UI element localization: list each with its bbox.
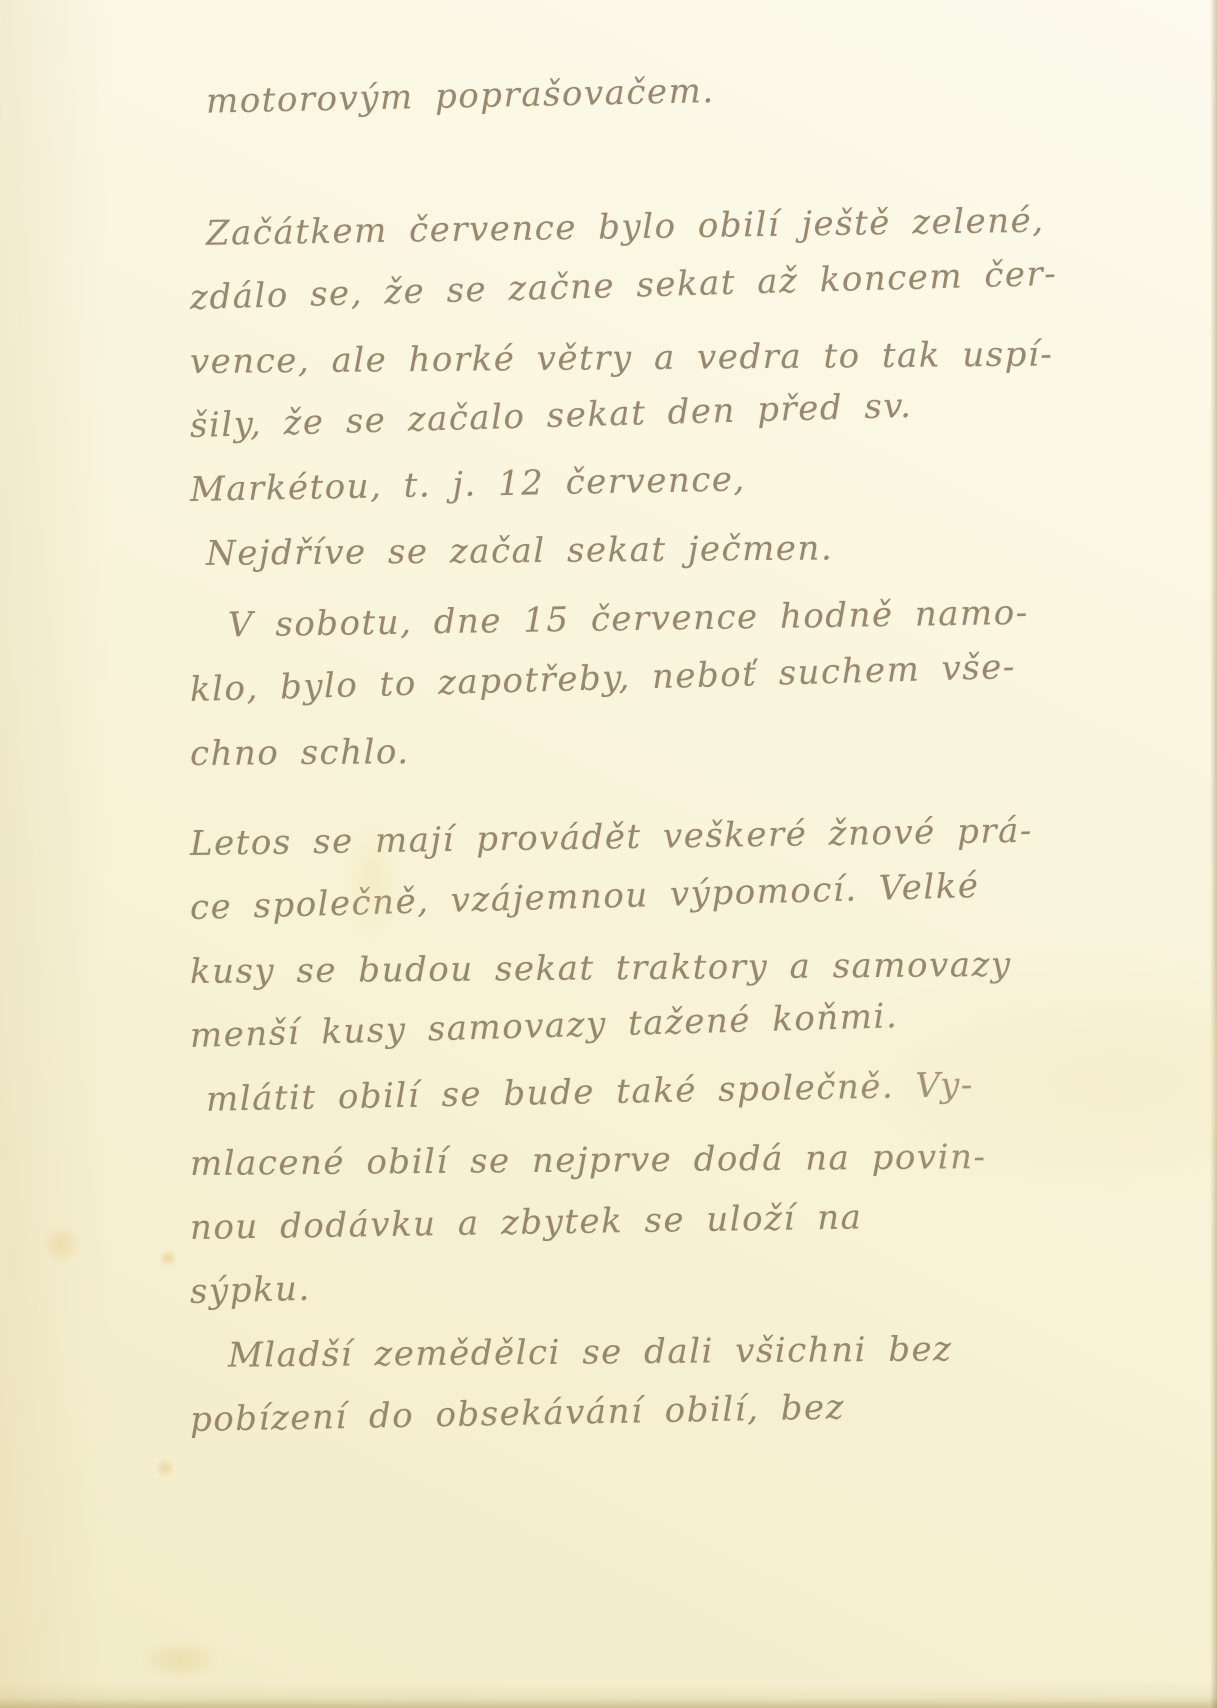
paragraph-collective-harvest: Letos se mají provádět veškeré žnové prá… bbox=[190, 812, 1157, 1452]
handwritten-line: motorovým poprašovačem. bbox=[189, 50, 1157, 134]
paragraph-harvest-start: Začátkem července bylo obilí ještě zelen… bbox=[190, 202, 1157, 586]
paragraph-rain: V sobotu, dne 15 července hodně namo- kl… bbox=[190, 594, 1157, 786]
manuscript-page: motorovým poprašovačem. Začátkem červenc… bbox=[0, 0, 1217, 1708]
handwritten-line: chno schlo. bbox=[190, 714, 1158, 786]
handwritten-line: Nejdříve se začal sekat ječmen. bbox=[190, 514, 1158, 586]
